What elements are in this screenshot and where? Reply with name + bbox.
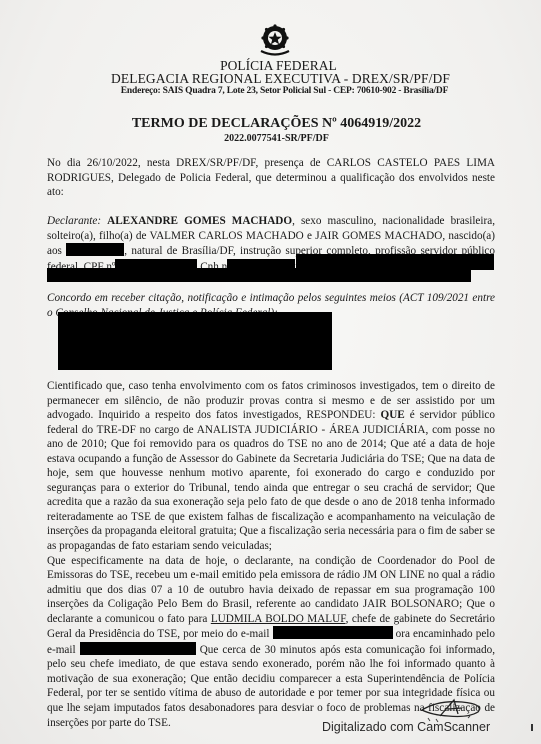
camscanner-watermark: Digitalizado com CamScanner [322,720,490,734]
intro-text-continued: , Delegado de Policia Federal, que deter… [47,172,495,199]
agency-address: Endereço: SAIS Quadra 7, Lote 23, Setor … [14,86,541,96]
intro-prefix: No dia [47,157,87,169]
document-title: TERMO DE DECLARAÇÕES Nº 4064919/2022 [6,116,541,132]
redacted-birthdate [66,243,124,256]
redacted-email-2 [80,642,196,655]
intro-text: , nesta DREX/SR/PF/DF, presença de [138,157,327,169]
contact-name: LUDMILA BOLDO MALUF [211,613,346,625]
department-name: DELEGACIA REGIONAL EXECUTIVA - DREX/SR/P… [10,71,541,87]
redacted-address-part2 [47,268,471,282]
federal-police-crest-icon [255,24,295,60]
redacted-email-1 [273,626,393,639]
intro-paragraph: No dia 26/10/2022, nesta DREX/SR/PF/DF, … [47,156,495,200]
redacted-contact-info [58,312,332,370]
declarant-name: ALEXANDRE GOMES MACHADO [107,215,292,227]
scan-mark [531,724,533,731]
scanned-document-page: POLÍCIA FEDERAL DELEGACIA REGIONAL EXECU… [0,0,541,744]
declarant-label: Declarante: [47,215,101,227]
document-case-number: 2022.0077541-SR/PF/DF [6,133,541,144]
statement-text-continued: é servidor público federal do TRE-DF no … [47,409,495,552]
statement-date: 26/10/2022 [87,157,138,169]
statement-body: Cientificado que, caso tenha envolviment… [47,379,495,730]
statement-que: QUE [381,409,405,421]
